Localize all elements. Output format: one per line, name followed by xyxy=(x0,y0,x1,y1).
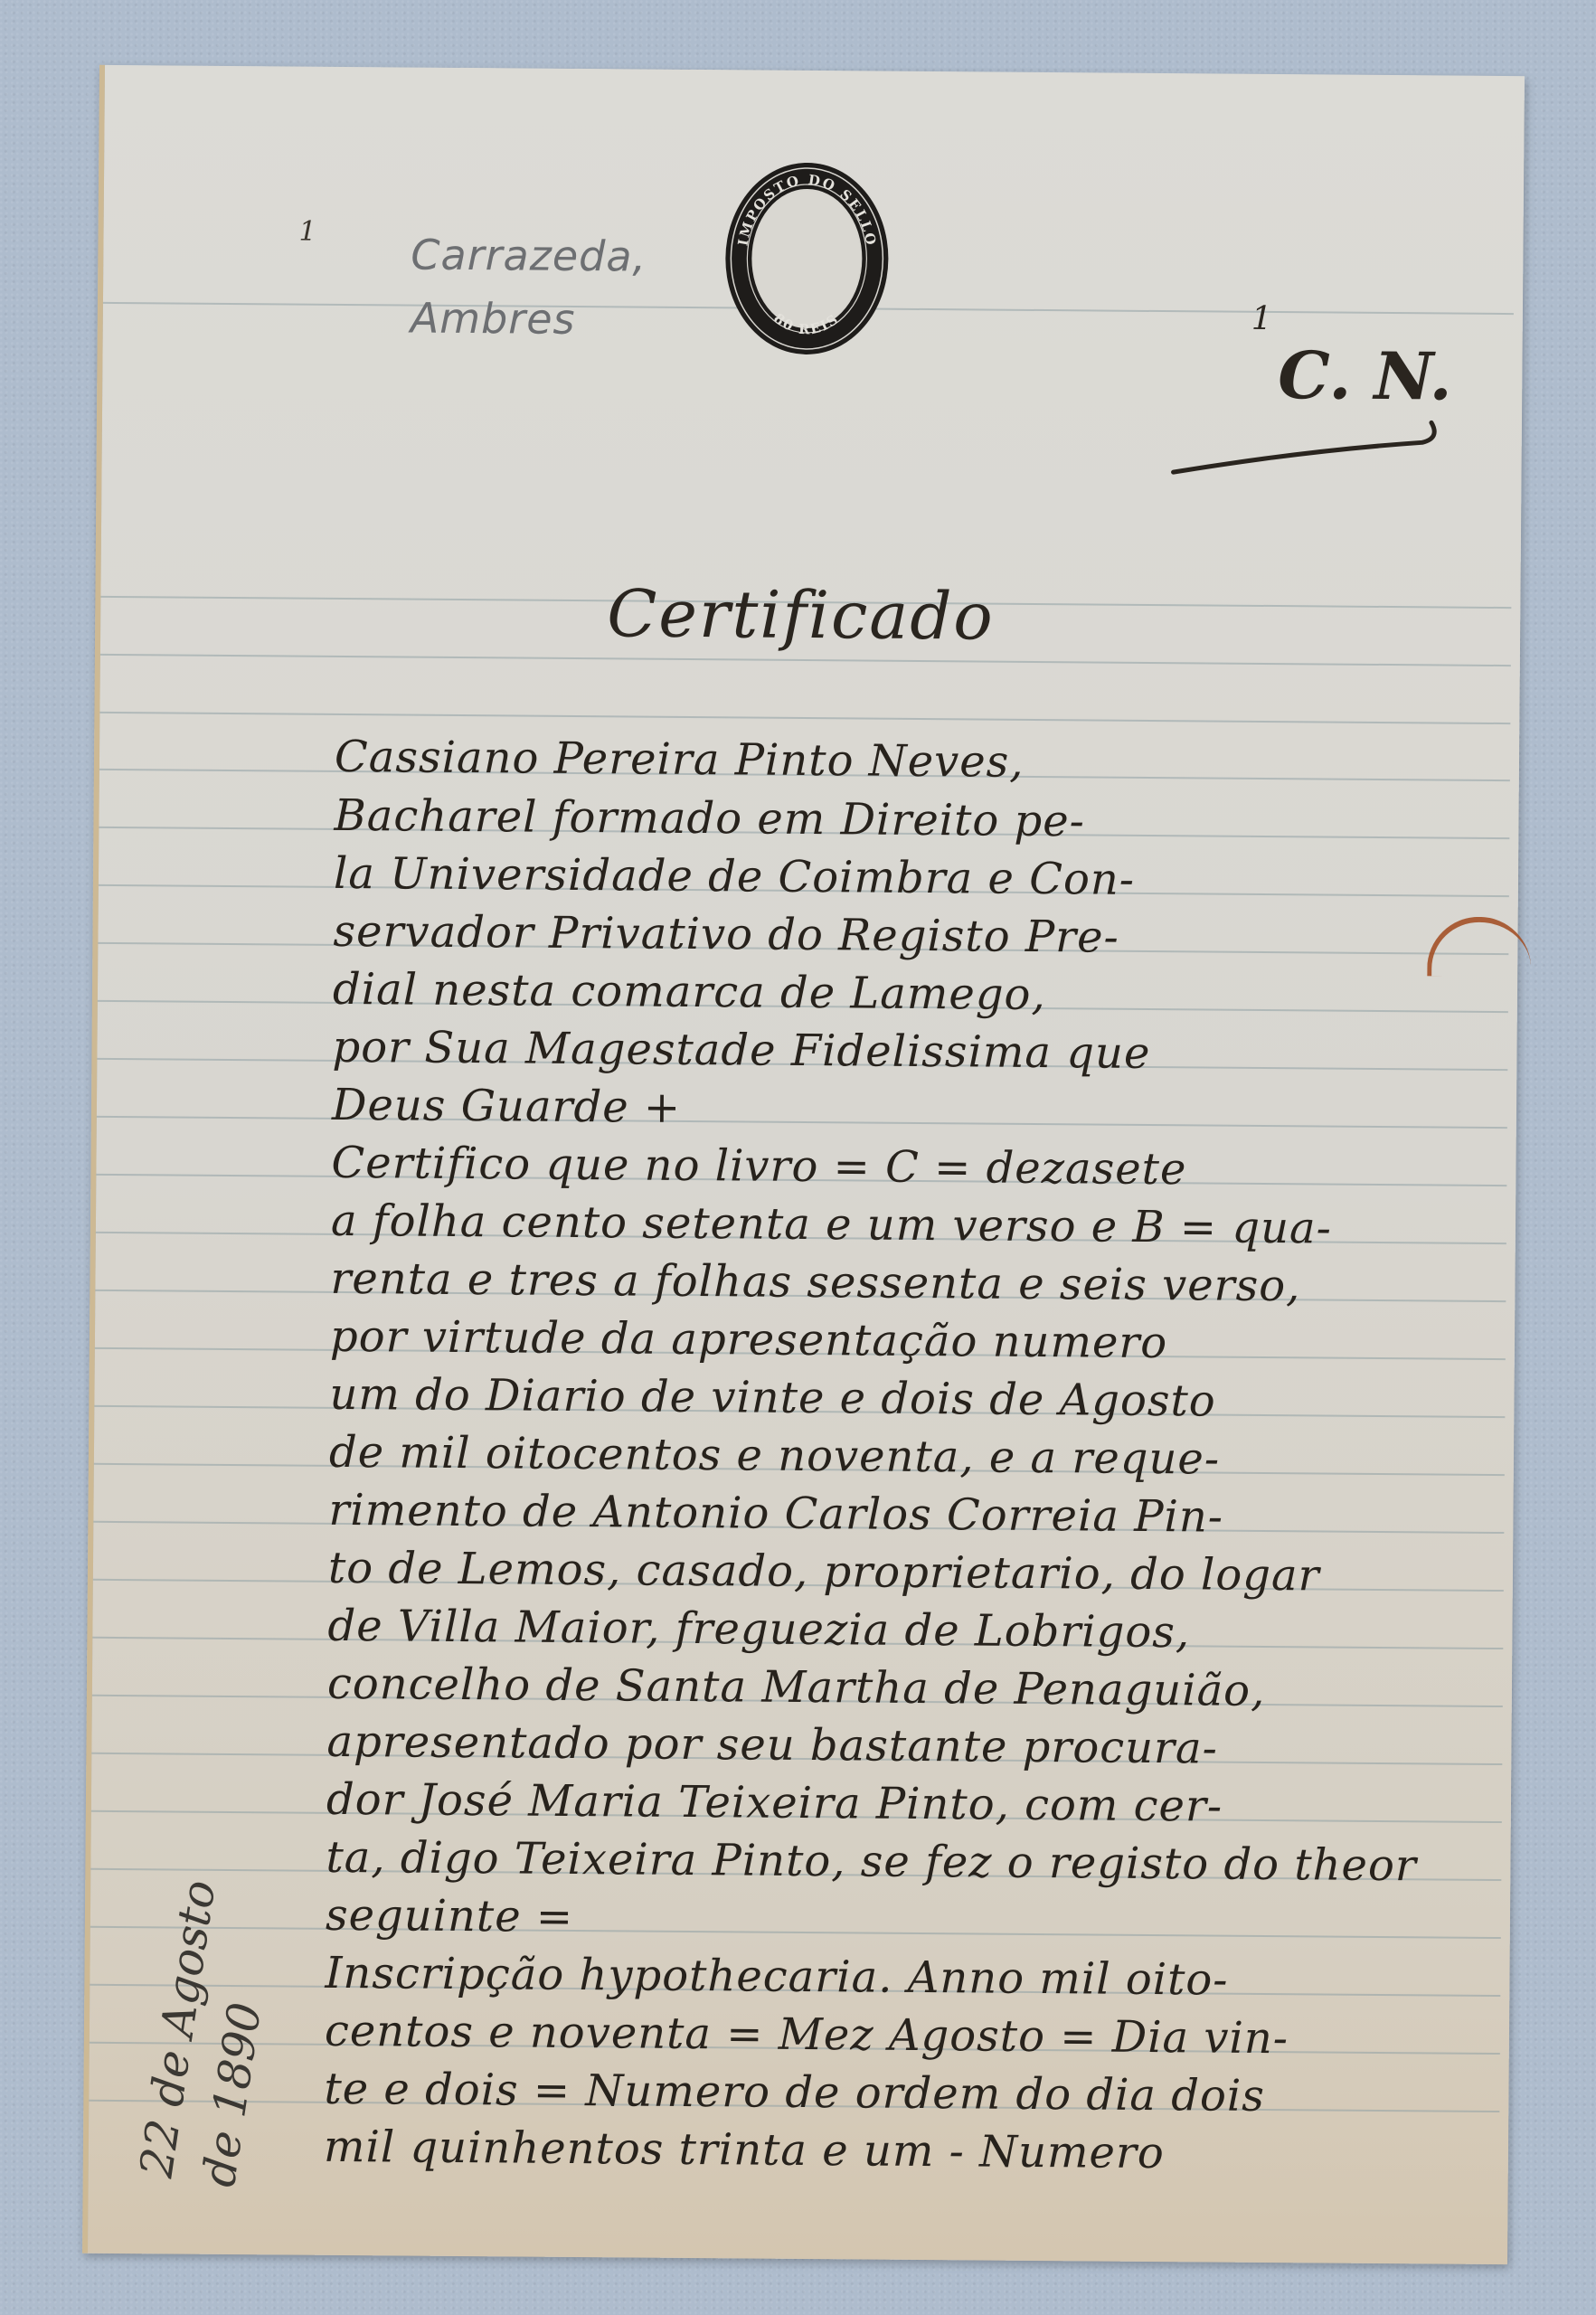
body-line: ta, digo Teixeira Pinto, se fez o regist… xyxy=(326,1832,1417,1891)
body-line: um do Diario de vinte e dois de Agosto xyxy=(329,1369,1216,1427)
folio-mark: 1 xyxy=(298,216,316,248)
body-line: Deus Guarde + xyxy=(332,1080,682,1133)
document-title: Certificado xyxy=(607,575,995,654)
body-line: Cassiano Pereira Pinto Neves, xyxy=(335,732,1025,788)
body-line: Certifico que no livro = C = dezasete xyxy=(331,1138,1186,1195)
body-line: centos e noventa = Mez Agosto = Dia vin- xyxy=(325,2006,1289,2064)
body-line: seguinte = xyxy=(326,1890,574,1942)
body-line: Inscripção hypothecaria. Anno mil oito- xyxy=(325,1948,1228,2006)
registrar-signature: C. N. xyxy=(1278,336,1452,415)
body-line: dor José Maria Teixeira Pinto, com cer- xyxy=(326,1774,1223,1832)
body-line: renta e tres a folhas sessenta e seis ve… xyxy=(330,1253,1300,1311)
body-line: la Universidade de Coimbra e Con- xyxy=(334,848,1135,905)
body-line: a folha cento setenta e um verso e B = q… xyxy=(331,1195,1332,1254)
rust-stain xyxy=(1427,916,1532,977)
body-line: Bacharel formado em Direito pe- xyxy=(334,790,1085,847)
signature-flourish-icon xyxy=(1168,413,1440,478)
certificate-body: Cassiano Pereira Pinto Neves, Bacharel f… xyxy=(105,65,1525,76)
body-line: por virtude da apresentação numero xyxy=(330,1311,1168,1368)
pencil-annotation-line-2: Ambres xyxy=(411,294,576,344)
body-line: de mil oitocentos e noventa, e a reque- xyxy=(329,1427,1220,1485)
body-line: por Sua Magestade Fidelissima que xyxy=(332,1022,1150,1079)
body-line: te e dois = Numero de ordem do dia dois xyxy=(324,2064,1265,2121)
body-line: mil quinhentos trinta e um - Numero xyxy=(324,2121,1165,2178)
margin-date-note: 22 de Agosto de 1890 xyxy=(125,1876,294,2191)
body-line: de Villa Maior, freguezia de Lobrigos, xyxy=(327,1601,1190,1658)
tax-stamp: IMPOSTO DO SELLO 80 REIS xyxy=(721,158,894,358)
body-line: dial nesta comarca de Lamego, xyxy=(333,964,1046,1020)
body-line: to de Lemos, casado, proprietario, do lo… xyxy=(328,1543,1320,1602)
ruled-lines xyxy=(105,65,1525,76)
body-line: rimento de Antonio Carlos Correia Pin- xyxy=(328,1485,1223,1543)
document-sheet: 1 Carrazeda, Ambres IMPOSTO DO SELLO 80 … xyxy=(82,65,1525,2264)
body-line: apresentado por seu bastante procura- xyxy=(326,1716,1218,1774)
pencil-annotation-line-1: Carrazeda, xyxy=(411,231,647,281)
body-line: concelho de Santa Martha de Penaguião, xyxy=(327,1658,1266,1716)
body-line: servador Privativo do Registo Pre- xyxy=(333,906,1119,963)
folio-number: 1 xyxy=(1251,300,1272,337)
stamp-oval-icon: IMPOSTO DO SELLO 80 REIS xyxy=(721,158,894,358)
